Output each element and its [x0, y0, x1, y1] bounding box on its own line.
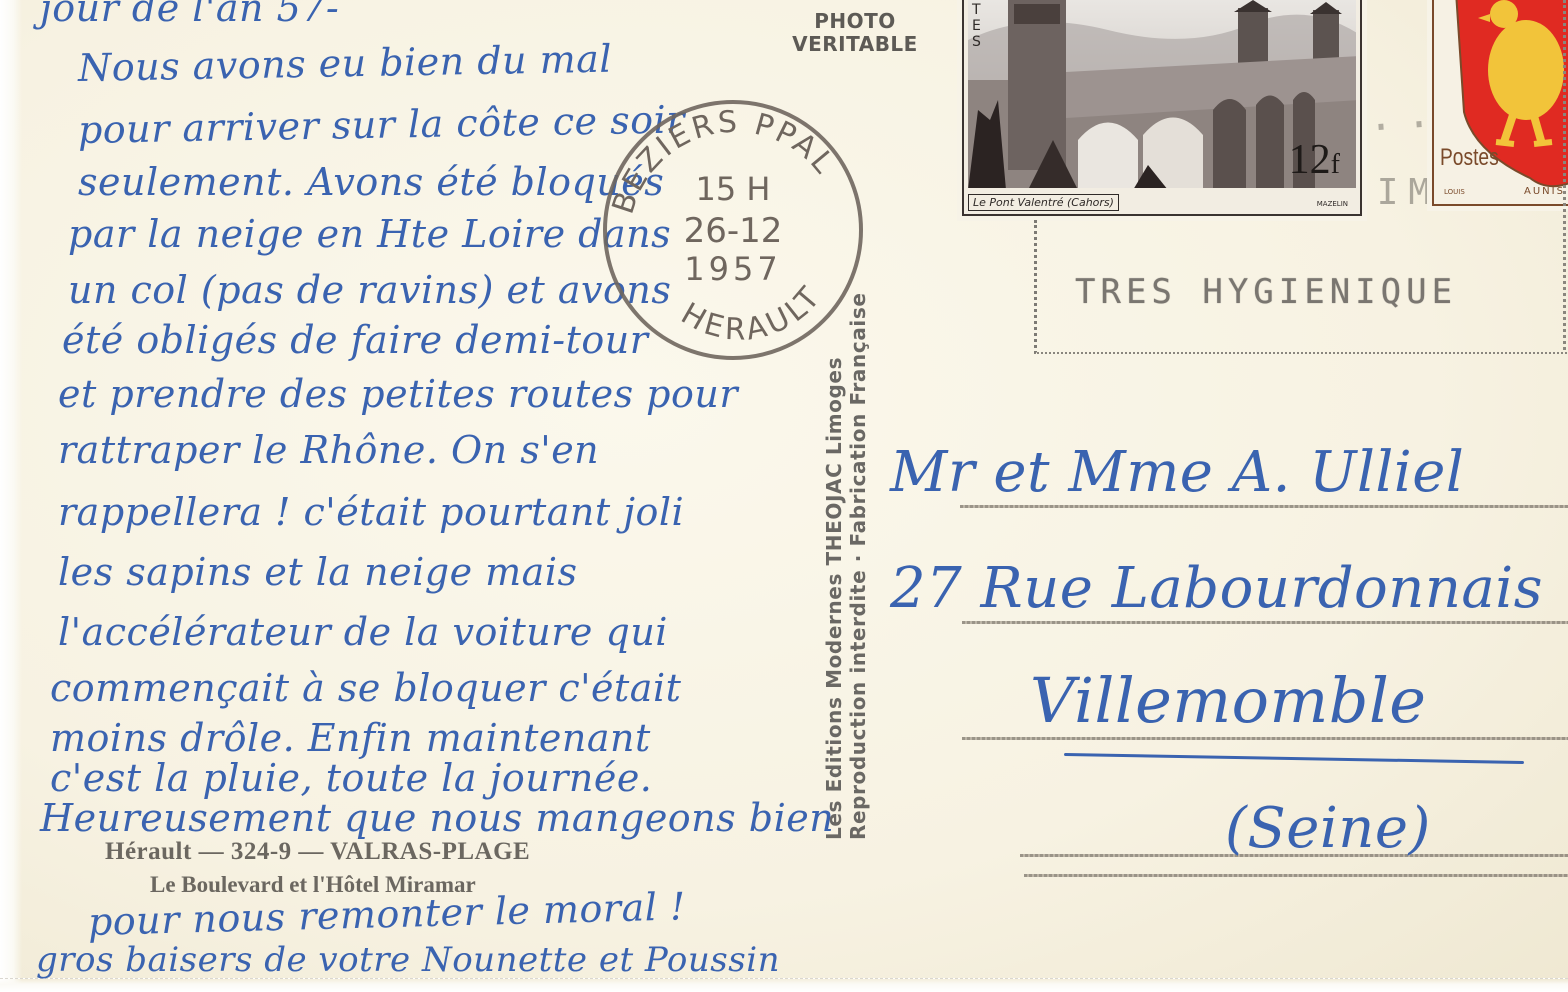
- coat-of-arms-icon: [1434, 0, 1568, 204]
- message-line: été obligés de faire demi-tour: [62, 318, 648, 362]
- message-line: par la neige en Hte Loire dans: [68, 212, 671, 256]
- address-rule: [962, 737, 1568, 740]
- message-line: Heureusement que nous mangeons bien: [40, 796, 834, 840]
- stamp-engraver: MAZELIN: [1317, 200, 1348, 208]
- caption-location: Hérault — 324-9 — VALRAS-PLAGE: [105, 838, 530, 866]
- address-rule: [960, 505, 1568, 508]
- stamp-value-number: 12: [1289, 137, 1331, 183]
- address-line-department: (Seine): [1225, 796, 1431, 861]
- message-line: un col (pas de ravins) et avons: [68, 268, 671, 312]
- postmark-year: 1957: [684, 250, 781, 288]
- address-rule: [962, 621, 1568, 624]
- stamp-value: 12f: [1289, 139, 1340, 186]
- town-underline: [1064, 753, 1524, 764]
- message-line: rappellera ! c'était pourtant joli: [58, 490, 684, 534]
- postcard: PHOTO VERITABLE jour de l'an 57- Nous av…: [0, 0, 1568, 992]
- message-line: c'est la pluie, toute la journée.: [50, 756, 652, 800]
- message-line: l'accélérateur de la voiture qui: [58, 610, 668, 654]
- postmark-time: 15 H: [696, 170, 771, 208]
- message-line: jour de l'an 57-: [40, 0, 339, 30]
- message-line: Nous avons eu bien du mal: [78, 37, 613, 90]
- stamp-country-fragment: TES: [972, 2, 986, 50]
- stamp-region: AUNIS: [1524, 186, 1565, 197]
- stamp-pont-valentre: TES Le Pont Valentré (Cahors) 12f MAZELI…: [962, 0, 1362, 216]
- message-line: et prendre des petites routes pour: [58, 372, 738, 416]
- slogan-cancel-text: TRES HYGIENIQUE: [1075, 272, 1457, 312]
- address-line-recipient: Mr et Mme A. Ulliel: [890, 440, 1464, 505]
- message-line: rattraper le Rhône. On s'en: [58, 428, 599, 472]
- stamp-designer: LOUIS: [1444, 188, 1465, 196]
- photo-veritable-label: PHOTO VERITABLE: [785, 10, 925, 56]
- message-line: seulement. Avons été bloqués: [78, 160, 664, 204]
- stamp-aunis-coat-of-arms: Postes LOUIS AUNIS: [1432, 0, 1568, 206]
- card-left-edge: [0, 0, 22, 992]
- message-line: moins drôle. Enfin maintenant: [50, 716, 651, 760]
- caption-title: Le Boulevard et l'Hôtel Miramar: [150, 872, 476, 898]
- publisher-line2: Reproduction interdite · Fabrication Fra…: [846, 292, 870, 840]
- card-bottom-edge: [0, 978, 1568, 992]
- slogan-cancel-right-edge: [1563, 0, 1566, 350]
- stamp-value-unit: f: [1331, 149, 1340, 180]
- slogan-cancel-box: TRES HYGIENIQUE: [1034, 220, 1568, 354]
- publisher-imprint: Les Editions Modernes THEOJAC Limoges Re…: [822, 292, 870, 840]
- message-line: gros baisers de votre Nounette et Poussi…: [36, 940, 780, 980]
- address-line-street: 27 Rue Labourdonnais: [890, 556, 1543, 621]
- postmark: BEZIERS PPAL HERAULT 15 H 26-12 1957: [595, 92, 870, 367]
- photo-label-line2: VERITABLE: [785, 33, 925, 56]
- address-line-town: Villemomble: [1030, 664, 1426, 737]
- address-rule: [1024, 874, 1568, 877]
- stamp-postes-label: Postes: [1440, 144, 1499, 172]
- stamp-caption: Le Pont Valentré (Cahors): [968, 194, 1119, 211]
- publisher-line1: Les Editions Modernes THEOJAC Limoges: [822, 292, 846, 840]
- photo-label-line1: PHOTO: [785, 10, 925, 33]
- message-line: les sapins et la neige mais: [58, 550, 578, 594]
- postmark-date: 26-12: [684, 211, 783, 251]
- message-line: commençait à se bloquer c'était: [50, 666, 681, 710]
